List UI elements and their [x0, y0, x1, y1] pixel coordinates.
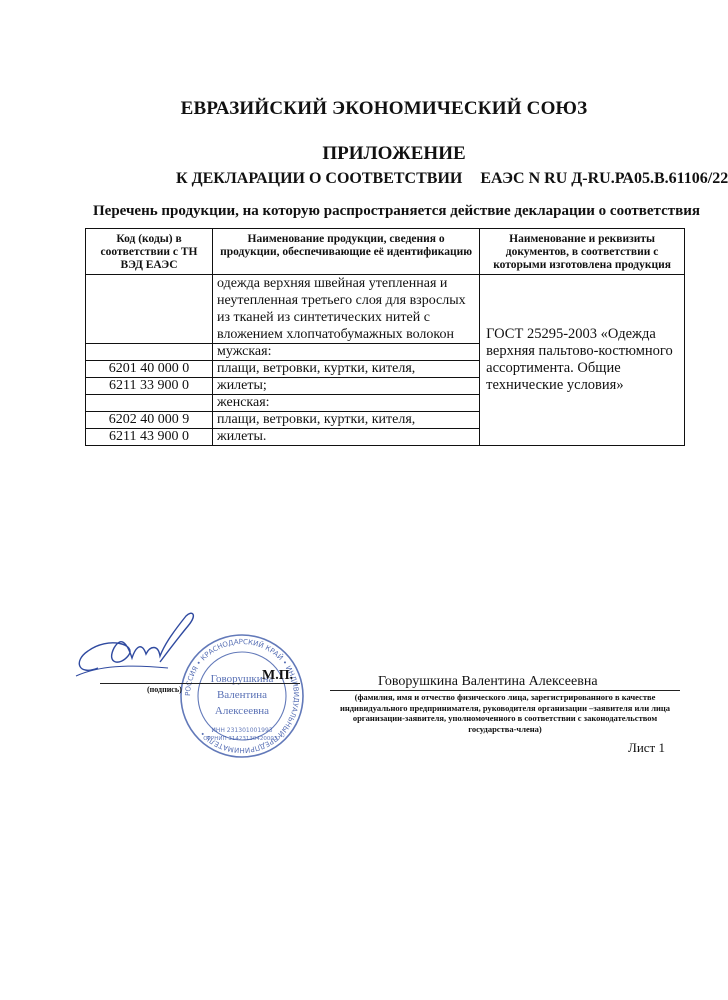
- signer-name: Говорушкина Валентина Алексеевна: [378, 674, 598, 690]
- product-name-cell: жилеты.: [213, 429, 480, 446]
- code-cell: 6201 40 000 0: [86, 361, 213, 378]
- product-list-intro: Перечень продукции, на которую распростр…: [93, 203, 700, 220]
- header-code: Код (коды) в соответствии с ТН ВЭД ЕАЭС: [86, 229, 213, 275]
- code-cell: 6211 33 900 0: [86, 378, 213, 395]
- table-header-row: Код (коды) в соответствии с ТН ВЭД ЕАЭС …: [86, 229, 685, 275]
- code-cell: [86, 275, 213, 344]
- seal-label: М.П.: [262, 668, 293, 684]
- product-name-cell: плащи, ветровки, куртки, кителя,: [213, 412, 480, 429]
- code-cell: [86, 395, 213, 412]
- code-cell: 6211 43 900 0: [86, 429, 213, 446]
- stamp-inn: ИНН 231301001993: [211, 727, 272, 734]
- declaration-number: ЕАЭС N RU Д-RU.РА05.В.61106/22: [480, 170, 728, 187]
- product-name-cell: плащи, ветровки, куртки, кителя,: [213, 361, 480, 378]
- signer-name-line: [330, 690, 680, 691]
- product-description: одежда верхняя швейная утепленная и неут…: [213, 275, 480, 344]
- union-title: ЕВРАЗИЙСКИЙ ЭКОНОМИЧЕСКИЙ СОЮЗ: [0, 98, 728, 120]
- sheet-number: Лист 1: [628, 740, 665, 756]
- declaration-heading: К ДЕКЛАРАЦИИ О СООТВЕТСТВИИЕАЭС N RU Д-R…: [176, 170, 728, 188]
- table-row: одежда верхняя швейная утепленная и неут…: [86, 275, 685, 344]
- header-product-name: Наименование продукции, сведения о проду…: [213, 229, 480, 275]
- stamp-patronymic: Алексеевна: [215, 705, 269, 717]
- signer-name-caption: (фамилия, имя и отчество физического лиц…: [330, 692, 680, 734]
- signature-label: (подпись): [147, 685, 182, 694]
- appendix-title: ПРИЛОЖЕНИЕ: [0, 143, 728, 165]
- stamp-ogrnip: ОГРНИП 314231304200037: [203, 736, 281, 742]
- code-cell: [86, 344, 213, 361]
- product-name-cell: жилеты;: [213, 378, 480, 395]
- company-stamp: РОССИЯ • КРАСНОДАРСКИЙ КРАЙ • ИНДИВИДУАЛ…: [178, 632, 306, 760]
- stamp-firstname: Валентина: [217, 689, 267, 701]
- header-documents: Наименование и реквизиты документов, в с…: [480, 229, 685, 275]
- standard-cell: ГОСТ 25295-2003 «Одежда верхняя пальтово…: [480, 275, 685, 446]
- product-name-cell: мужская:: [213, 344, 480, 361]
- product-name-cell: женская:: [213, 395, 480, 412]
- declaration-label: К ДЕКЛАРАЦИИ О СООТВЕТСТВИИ: [176, 170, 462, 187]
- product-table: Код (коды) в соответствии с ТН ВЭД ЕАЭС …: [85, 228, 685, 446]
- code-cell: 6202 40 000 9: [86, 412, 213, 429]
